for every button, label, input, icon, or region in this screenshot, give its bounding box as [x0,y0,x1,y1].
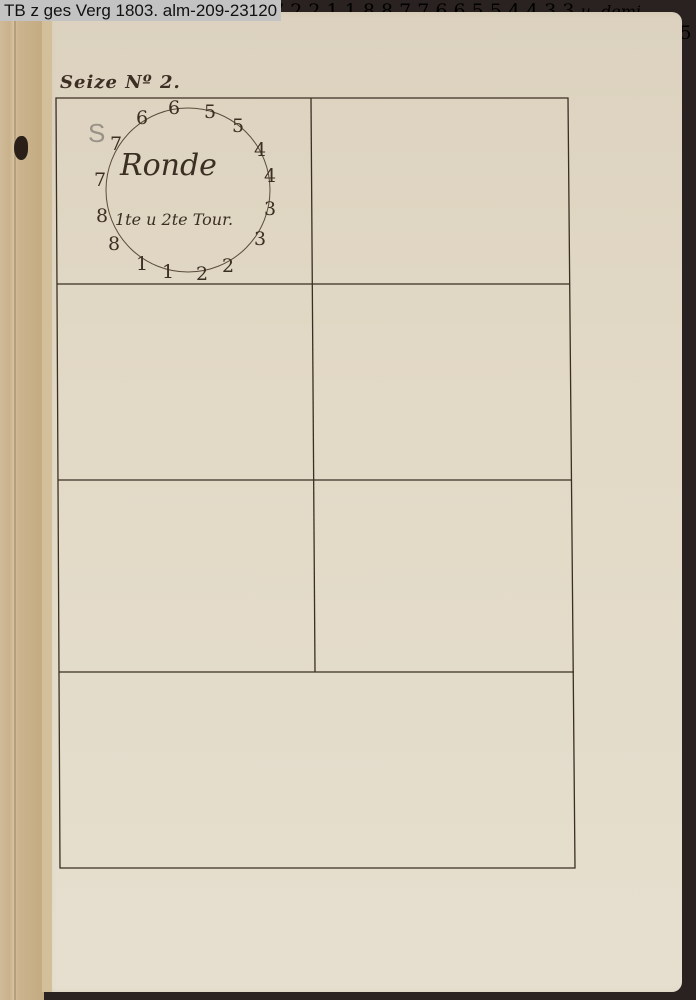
svg-text:3: 3 [254,228,266,250]
figure-1-ronde: Ronde 1te u 2te Tour. 6 6 5 5 4 4 3 3 2 … [94,97,276,285]
s-watermark: S [88,118,105,149]
svg-text:6: 6 [136,107,148,129]
svg-text:8: 8 [108,233,120,255]
svg-text:2: 2 [196,263,208,285]
svg-text:2: 2 [222,255,234,277]
svg-text:4: 4 [254,139,266,161]
dance-figure-grid: Ronde 1te u 2te Tour. 6 6 5 5 4 4 3 3 2 … [0,0,696,1000]
svg-text:4: 4 [264,165,276,187]
svg-text:1: 1 [136,253,148,275]
figure-title: Ronde [119,148,217,183]
svg-text:3: 3 [264,198,276,220]
svg-text:1: 1 [162,261,174,283]
svg-text:5: 5 [204,101,216,123]
svg-text:7: 7 [94,169,106,191]
svg-text:6: 6 [168,97,180,119]
grid-col-line [311,98,315,672]
svg-text:8: 8 [96,205,108,227]
svg-text:7: 7 [110,133,122,155]
figure-subtitle: 1te u 2te Tour. [115,210,233,229]
svg-text:5: 5 [232,115,244,137]
